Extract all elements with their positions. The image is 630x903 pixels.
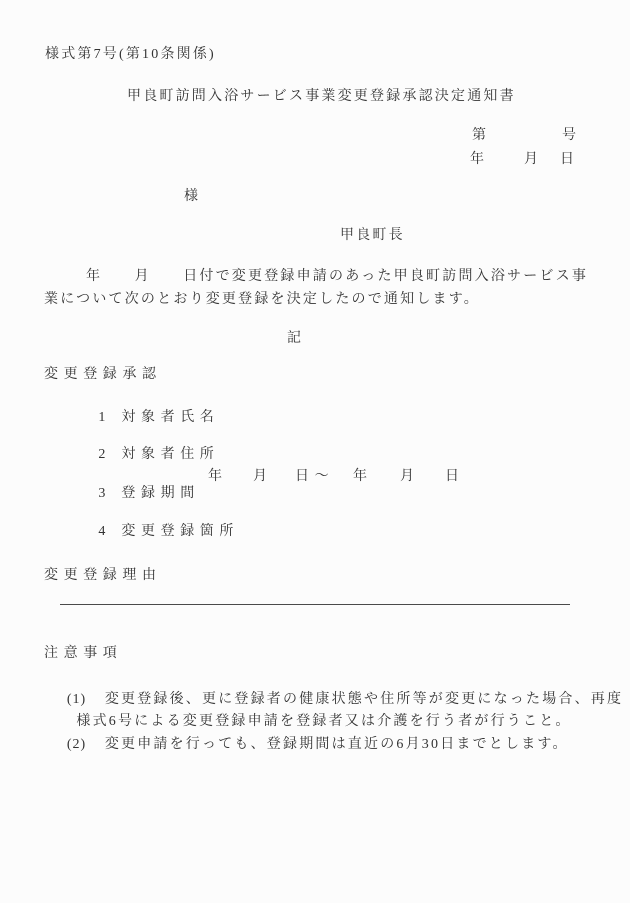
notes-heading: 注意事項 [44,645,122,662]
reason-underline [60,604,570,605]
period-from-month-label: 月 [253,468,273,485]
date-month-label: 月 [524,151,540,168]
note-item-2: (2)変更申請を行っても、登録期間は直近の6月30日までとします。 [44,712,569,778]
record-item-number: 1 [98,409,121,426]
recipient-honorific: 様 [184,188,200,205]
note-text: 変更申請を行っても、登録期間は直近の6月30日までとします。 [105,737,569,752]
record-marker: 記 [287,330,303,347]
doc-number-suffix: 号 [562,127,578,144]
approval-section-label: 変更登録承認 [44,366,162,383]
period-to-day-label: 日 [445,468,465,485]
record-item-changed-sections: 4変更登録箇所 [62,506,239,557]
document-page: 様式第7号(第10条関係) 甲良町訪問入浴サービス事業変更登録承認決定通知書 第… [0,0,630,903]
record-item-label: 登録期間 [121,486,199,501]
document-title: 甲良町訪問入浴サービス事業変更登録承認決定通知書 [127,88,516,105]
sender-name: 甲良町長 [340,227,405,244]
doc-number-prefix: 第 [472,127,488,144]
body-paragraph: 年 月 日付で変更登録申請のあった甲良町訪問入浴サービス事 業について次のとおり… [44,265,588,311]
period-to-year-label: 年 [353,468,373,485]
reason-section-label: 変更登録理由 [44,567,162,584]
note-number: (1) [67,689,105,711]
record-item-number: 3 [98,485,121,502]
note-number: (2) [67,734,105,756]
record-item-number: 2 [98,446,121,463]
record-item-label: 変更登録箇所 [121,524,239,539]
period-from-day-label: 日～ [295,468,334,485]
record-item-number: 4 [98,523,121,540]
period-to-month-label: 月 [400,468,420,485]
date-day-label: 日 [560,151,576,168]
record-item-label: 対象者住所 [121,447,219,462]
record-item-label: 対象者氏名 [121,410,219,425]
period-from-year-label: 年 [208,468,228,485]
form-number: 様式第7号(第10条関係) [45,46,216,63]
date-year-label: 年 [470,151,486,168]
